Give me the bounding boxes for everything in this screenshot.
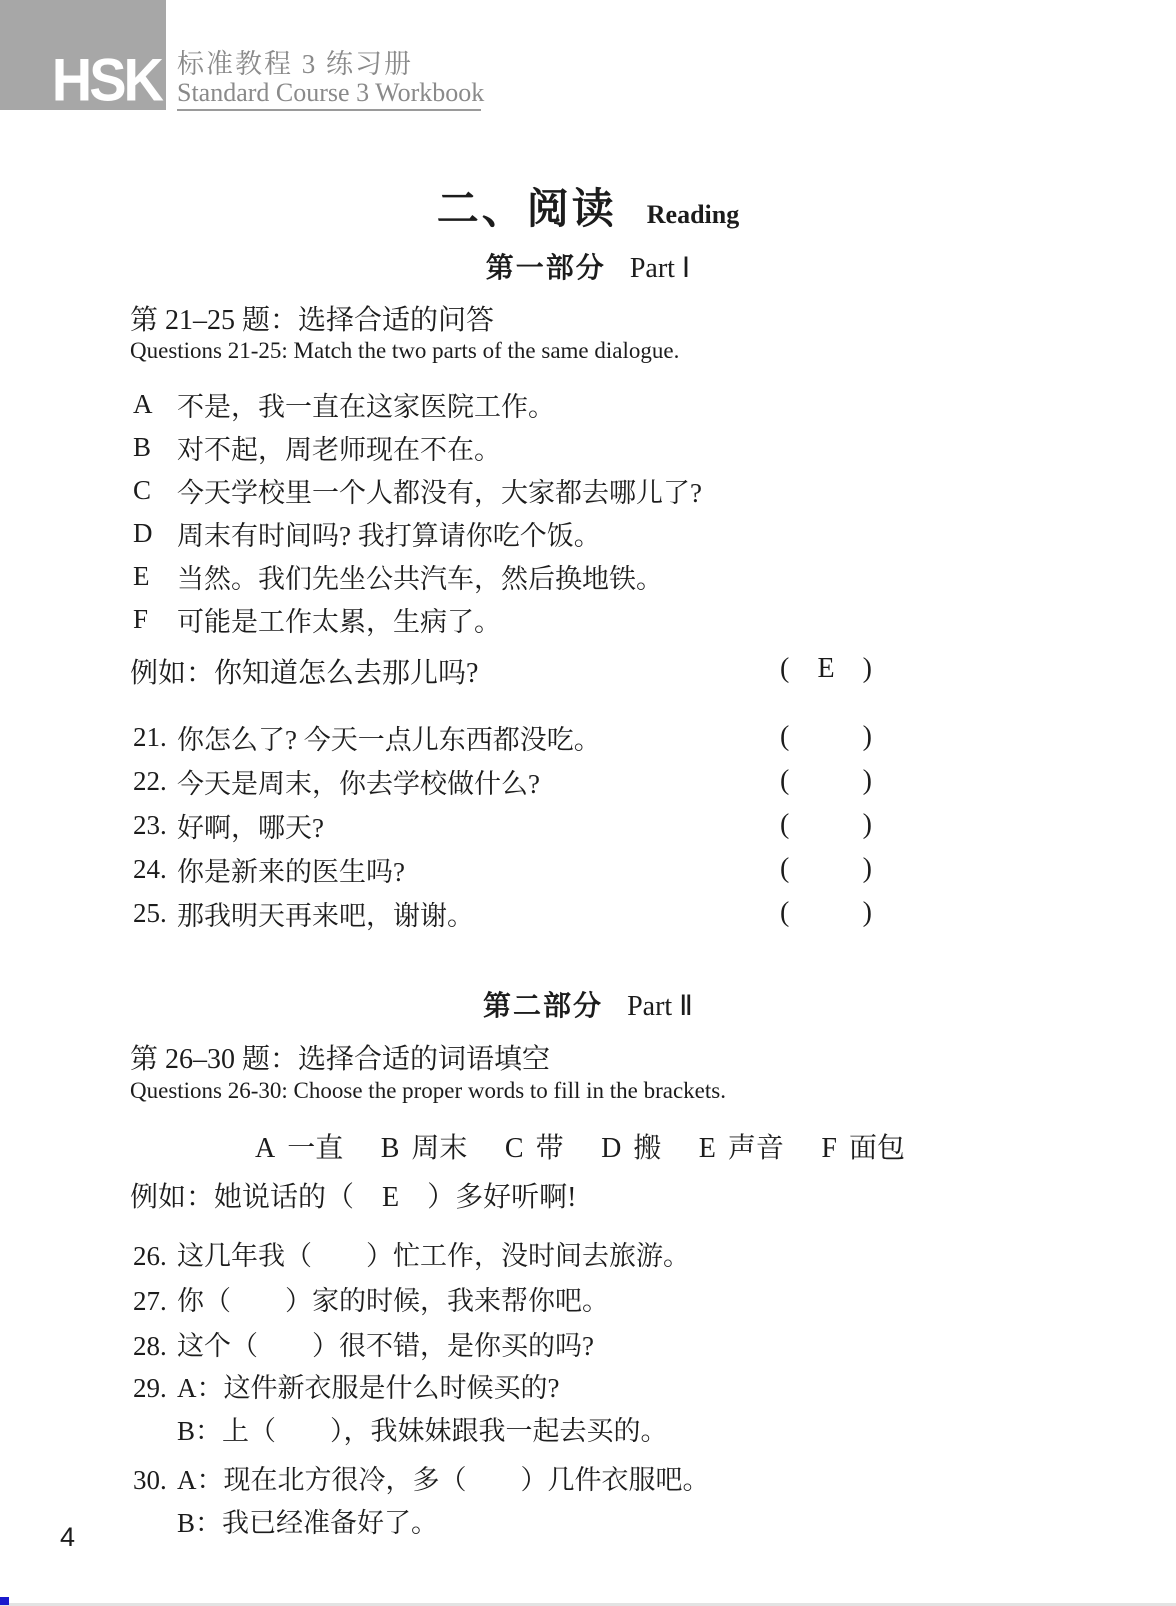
close-paren: ) (863, 853, 872, 885)
word-text: 带 (536, 1133, 564, 1164)
answer-bracket: ( ) (780, 897, 872, 929)
question-row-30-line-a: 30. A：现在北方很冷，多（ ）几件衣服吧。 (133, 1464, 1113, 1496)
question-text: 那我明天再来吧，谢谢。 (177, 894, 474, 933)
word-bank: A一直 B周末 C带 D搬 E声音 F面包 (255, 1126, 905, 1166)
scan-artifact (0, 1597, 9, 1605)
question-text: A：这件新衣服是什么时候买的? (177, 1372, 559, 1404)
page-number: 4 (60, 1522, 75, 1553)
option-row-d: D 周末有时间吗? 我打算请你吃个饭。 (133, 512, 893, 555)
answer-bracket: ( ) (780, 809, 872, 841)
word-label: B (381, 1133, 400, 1164)
option-text: 周末有时间吗? 我打算请你吃个饭。 (177, 514, 601, 553)
question-row-28: 28. 这个（ ）很不错，是你买的吗? (133, 1330, 1113, 1362)
part2-instruction-en: Questions 26-30: Choose the proper words… (130, 1078, 726, 1104)
question-number: 25. (133, 898, 177, 929)
part2-example: 例如：她说话的（ E ）多好听啊! (130, 1182, 576, 1214)
part1-heading: 第一部分Part Ⅰ (0, 246, 1176, 286)
answer-bracket: ( E ) (780, 653, 872, 685)
open-paren: ( (780, 897, 789, 929)
question-text: 好啊，哪天? (177, 806, 324, 845)
question-text: A：现在北方很冷，多（ ）几件衣服吧。 (177, 1464, 710, 1496)
word-text: 周末 (411, 1133, 467, 1164)
question-row-30-line-b: B：我已经准备好了。 (133, 1507, 1113, 1539)
open-paren: ( (780, 853, 789, 885)
open-paren: ( (780, 653, 789, 685)
question-row-23: 23. 好啊，哪天? ( ) (133, 803, 913, 847)
question-text: B：上（ ），我妹妹跟我一起去买的。 (177, 1415, 668, 1447)
question-row-21: 21. 你怎么了? 今天一点儿东西都没吃。 ( ) (133, 715, 913, 759)
word-label: D (601, 1133, 621, 1164)
question-row-26: 26. 这几年我（ ）忙工作，没时间去旅游。 (133, 1240, 1113, 1272)
section-title: 二、阅读Reading (0, 176, 1176, 236)
word-bank-entry-f: F面包 (821, 1126, 905, 1166)
option-label: C (133, 475, 177, 506)
question-text: 这个（ ）很不错，是你买的吗? (177, 1330, 594, 1362)
open-paren: ( (780, 809, 789, 841)
series-title-en: Standard Course 3 Workbook (177, 78, 484, 108)
option-text: 对不起，周老师现在不在。 (177, 428, 501, 467)
option-label: F (133, 604, 177, 635)
question-row-29-line-b: B：上（ ），我妹妹跟我一起去买的。 (133, 1415, 1113, 1447)
open-paren: ( (780, 765, 789, 797)
option-text: 不是，我一直在这家医院工作。 (177, 385, 555, 424)
word-bank-entry-e: E声音 (699, 1126, 784, 1166)
series-title-zh: 标准教程 3 练习册 (177, 42, 413, 81)
close-paren: ) (863, 897, 872, 929)
answer-bracket: ( ) (780, 765, 872, 797)
close-paren: ) (863, 653, 872, 685)
question-row-25: 25. 那我明天再来吧，谢谢。 ( ) (133, 891, 913, 935)
hsk-logo: HSK (52, 50, 161, 110)
close-paren: ) (863, 765, 872, 797)
part1-options: A 不是，我一直在这家医院工作。 B 对不起，周老师现在不在。 C 今天学校里一… (133, 383, 893, 641)
option-row-e: E 当然。我们先坐公共汽车，然后换地铁。 (133, 555, 893, 598)
part1-heading-en: Part Ⅰ (630, 253, 690, 284)
option-label: E (133, 561, 177, 592)
question-number: 24. (133, 854, 177, 885)
part1-instruction-zh: 第 21–25 题：选择合适的问答 (130, 298, 494, 338)
option-label: A (133, 389, 177, 420)
option-label: D (133, 518, 177, 549)
question-number: 29. (133, 1372, 177, 1404)
word-bank-entry-b: B周末 (381, 1126, 468, 1166)
close-paren: ) (863, 809, 872, 841)
option-text: 可能是工作太累，生病了。 (177, 600, 501, 639)
question-text: 今天是周末，你去学校做什么? (177, 762, 540, 801)
question-number: 27. (133, 1285, 177, 1317)
workbook-page: HSK 标准教程 3 练习册 Standard Course 3 Workboo… (0, 0, 1176, 1606)
option-label: B (133, 432, 177, 463)
answer-bracket: ( ) (780, 721, 872, 753)
option-text: 当然。我们先坐公共汽车，然后换地铁。 (177, 557, 663, 596)
option-row-c: C 今天学校里一个人都没有，大家都去哪儿了? (133, 469, 893, 512)
question-row-29-line-a: 29. A：这件新衣服是什么时候买的? (133, 1372, 1113, 1404)
word-label: F (821, 1133, 837, 1164)
word-label: C (505, 1133, 524, 1164)
close-paren: ) (863, 721, 872, 753)
word-bank-entry-a: A一直 (255, 1126, 343, 1166)
example-answer: E (817, 653, 834, 685)
option-row-a: A 不是，我一直在这家医院工作。 (133, 383, 893, 426)
question-number: 22. (133, 766, 177, 797)
header-underline (177, 109, 481, 111)
word-text: 面包 (849, 1133, 905, 1164)
part2-heading: 第二部分Part Ⅱ (0, 984, 1176, 1024)
part1-heading-zh: 第一部分 (486, 252, 606, 283)
option-text: 今天学校里一个人都没有，大家都去哪儿了? (177, 471, 702, 510)
question-row-24: 24. 你是新来的医生吗? ( ) (133, 847, 913, 891)
question-number: 23. (133, 810, 177, 841)
question-number: 26. (133, 1240, 177, 1272)
part1-instruction-en: Questions 21-25: Match the two parts of … (130, 338, 679, 364)
question-text: 你是新来的医生吗? (177, 850, 405, 889)
part1-example-row: 例如：你知道怎么去那儿吗? ( E ) (130, 651, 910, 687)
open-paren: ( (780, 721, 789, 753)
section-title-zh: 二、阅读 (437, 185, 617, 232)
question-number: 28. (133, 1330, 177, 1362)
word-bank-entry-d: D搬 (601, 1126, 661, 1166)
option-row-b: B 对不起，周老师现在不在。 (133, 426, 893, 469)
question-text: 你怎么了? 今天一点儿东西都没吃。 (177, 718, 601, 757)
part1-example-text: 例如：你知道怎么去那儿吗? (130, 658, 478, 689)
word-text: 声音 (728, 1133, 784, 1164)
question-number: 30. (133, 1464, 177, 1496)
part1-questions: 21. 你怎么了? 今天一点儿东西都没吃。 ( ) 22. 今天是周末，你去学校… (133, 715, 913, 935)
option-row-f: F 可能是工作太累，生病了。 (133, 598, 893, 641)
part2-heading-zh: 第二部分 (483, 990, 603, 1021)
question-text: B：我已经准备好了。 (177, 1507, 438, 1539)
word-label: E (699, 1133, 716, 1164)
question-text: 你（ ）家的时候，我来帮你吧。 (177, 1285, 609, 1317)
question-text: 这几年我（ ）忙工作，没时间去旅游。 (177, 1240, 690, 1272)
answer-bracket: ( ) (780, 853, 872, 885)
question-row-27: 27. 你（ ）家的时候，我来帮你吧。 (133, 1285, 1113, 1317)
word-text: 一直 (287, 1133, 343, 1164)
question-number: 21. (133, 722, 177, 753)
section-title-en: Reading (647, 200, 739, 229)
word-bank-entry-c: C带 (505, 1126, 564, 1166)
question-row-22: 22. 今天是周末，你去学校做什么? ( ) (133, 759, 913, 803)
hsk-logo-block: HSK (0, 0, 166, 110)
word-text: 搬 (633, 1133, 661, 1164)
part2-heading-en: Part Ⅱ (627, 991, 693, 1022)
word-label: A (255, 1133, 275, 1164)
part2-instruction-zh: 第 26–30 题：选择合适的词语填空 (130, 1037, 550, 1077)
